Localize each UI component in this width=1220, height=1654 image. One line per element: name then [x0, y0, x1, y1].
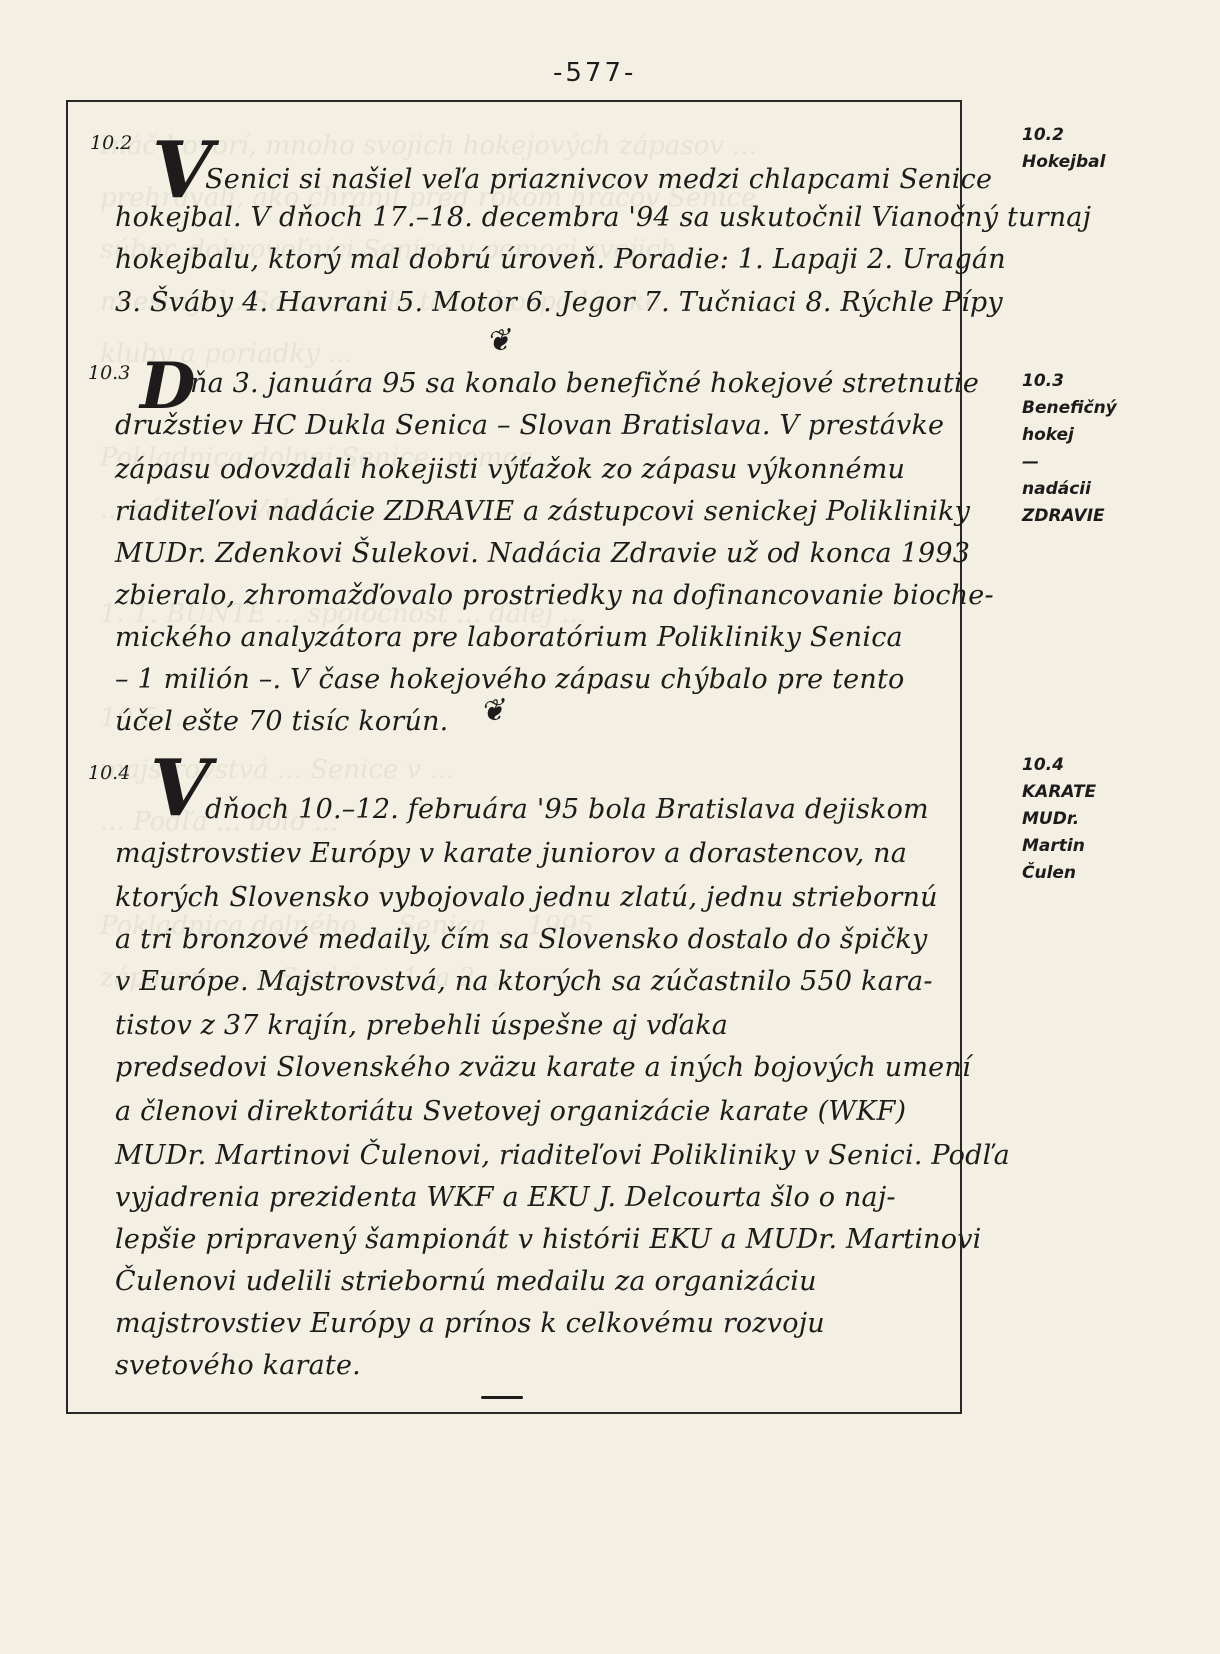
margin-note-line: Martin: [1022, 833, 1096, 860]
page-number: -577-: [553, 58, 636, 88]
entry-10-4-line: a tri bronzové medaily, čím sa Slovensko…: [115, 922, 927, 958]
entry-10-4-line: tistov z 37 krajín, prebehli úspešne aj …: [115, 1008, 728, 1044]
margin-note-10-3: 10.3 Benefičný hokej — nadácii ZDRAVIE: [1022, 368, 1117, 530]
entry-10-4-line: ktorých Slovensko vybojovalo jednu zlatú…: [115, 880, 938, 916]
entry-10-3-line: mického analyzátora pre laboratórium Pol…: [115, 620, 903, 656]
entry-10-4-line: MUDr. Martinovi Čulenovi, riaditeľovi Po…: [115, 1138, 1010, 1174]
entry-10-4-line: vyjadrenia prezidenta WKF a EKU J. Delco…: [115, 1180, 896, 1216]
entry-10-3-line: ňa 3. januára 95 sa konalo benefičné hok…: [190, 366, 979, 402]
entry-10-2-line: 3. Šváby 4. Havrani 5. Motor 6. Jegor 7.…: [115, 285, 1003, 321]
entry-10-3-line: – 1 milión –. V čase hokejového zápasu c…: [115, 662, 904, 698]
drop-cap-10-4: V: [150, 750, 211, 828]
entry-10-2-line: hokejbal. V dňoch 17.–18. decembra '94 s…: [115, 200, 1091, 236]
margin-note-line: hokej: [1022, 422, 1117, 449]
entry-label-10-2: 10.2: [90, 132, 132, 154]
margin-note-10-2: 10.2 Hokejbal: [1022, 122, 1105, 176]
entry-10-4-line: a členovi direktoriátu Svetovej organizá…: [115, 1094, 906, 1130]
entry-10-4-line: predsedovi Slovenského zväzu karate a in…: [115, 1050, 971, 1086]
margin-note-line: Čulen: [1022, 860, 1096, 887]
entry-10-4-line: dňoch 10.–12. februára '95 bola Bratisla…: [205, 792, 929, 828]
margin-note-line: KARATE: [1022, 779, 1096, 806]
margin-note-line: 10.4: [1022, 752, 1096, 779]
margin-note-line: 10.3: [1022, 368, 1117, 395]
margin-note-line: MUDr.: [1022, 806, 1096, 833]
margin-note-line: —: [1022, 449, 1117, 476]
entry-10-3-line: riaditeľovi nadácie ZDRAVIE a zástupcovi…: [115, 494, 970, 530]
margin-note-line: nadácii: [1022, 476, 1117, 503]
entry-10-4-line: majstrovstiev Európy v karate juniorov a…: [115, 836, 907, 872]
end-rule: [481, 1396, 523, 1399]
entry-10-3-line: účel ešte 70 tisíc korún.: [115, 704, 448, 740]
margin-note-10-4: 10.4 KARATE MUDr. Martin Čulen: [1022, 752, 1096, 887]
entry-10-3-line: družstiev HC Dukla Senica – Slovan Brati…: [115, 408, 944, 444]
entry-10-4-line: lepšie pripravený šampionát v histórii E…: [115, 1222, 982, 1258]
entry-10-4-line: Čulenovi udelili striebornú medailu za o…: [115, 1264, 817, 1300]
margin-note-line: ZDRAVIE: [1022, 503, 1117, 530]
entry-10-3-line: zápasu odovzdali hokejisti výťažok zo zá…: [115, 452, 905, 488]
entry-10-2-line: hokejbalu, ktorý mal dobrú úroveň. Porad…: [115, 242, 1006, 278]
entry-label-10-4: 10.4: [88, 762, 130, 784]
entry-10-2-line: Senici si našiel veľa priaznivcov medzi …: [205, 162, 992, 198]
margin-note-line: 10.2: [1022, 122, 1105, 149]
entry-10-4-line: v Európe. Majstrovstvá, na ktorých sa zú…: [115, 964, 933, 1000]
drop-cap-10-2: V: [152, 132, 213, 210]
margin-note-line: Benefičný: [1022, 395, 1117, 422]
entry-10-4-line: majstrovstiev Európy a prínos k celkovém…: [115, 1306, 825, 1342]
entry-label-10-3: 10.3: [88, 362, 130, 384]
entry-10-4-line: svetového karate.: [115, 1348, 361, 1384]
entry-10-3-line: zbieralo, zhromažďovalo prostriedky na d…: [115, 578, 994, 614]
margin-note-line: Hokejbal: [1022, 149, 1105, 176]
entry-10-3-line: MUDr. Zdenkovi Šulekovi. Nadácia Zdravie…: [115, 536, 970, 572]
